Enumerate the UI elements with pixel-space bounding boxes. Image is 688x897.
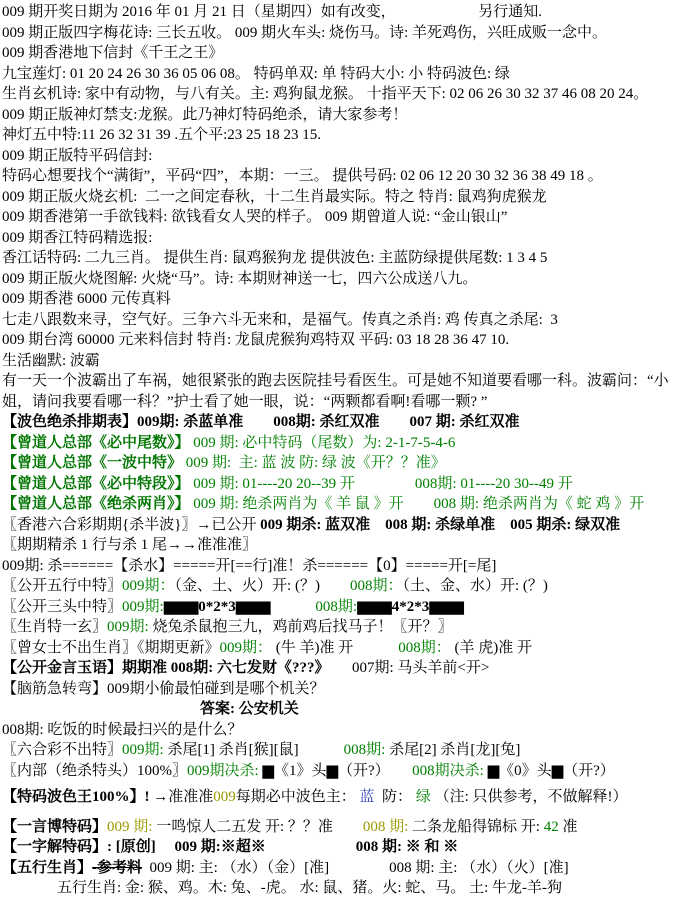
- text-segment: 防：: [375, 789, 416, 805]
- line-santou-zhongte: 〖公开三头中特〗009期:▆▆▆0*2*3▆▆▆ 008期:▆▆▆4*2*3▆▆…: [2, 597, 686, 618]
- text-segment: 【一言博特码】: [2, 819, 107, 835]
- line-chuanzhen-poem: 七走八跟数来寻，空气好。三争六斗无来和，是福气。传真之杀肖: 鸡 传真之杀尾: …: [2, 310, 686, 331]
- text-segment: 008期:: [315, 599, 357, 615]
- line-bose-juesha: 【波色绝杀排期表】009期: 杀蓝单准 008期: 杀红双准 007 期: 杀红…: [2, 412, 686, 433]
- text-segment: 生活幽默: 波霸: [2, 353, 100, 369]
- line-shendeng-wuzhongte: 神灯五中特:11 26 32 31 39 .五个平:23 25 18 23 15…: [2, 125, 686, 146]
- text-segment: (牛 羊)准 开: [272, 640, 398, 656]
- line-yizi-tema: 【一字解特码】: [原创] 009 期:※超※ 008 期: ※ 和 ※: [2, 837, 686, 858]
- text-segment: 008期:: [344, 742, 386, 758]
- line-naojin-question-008: 008期: 吃饭的时候最扫兴的是什么？: [2, 720, 686, 741]
- text-segment: 五行生肖: 金: 猴、鸡。木: 兔、-虎。 水: 鼠、猪。火: 蛇、马。 土: …: [57, 880, 562, 896]
- text-segment: 〖公开三头中特〗: [2, 599, 122, 615]
- text-segment: 009 期香港地下信封《千王之王》: [2, 45, 223, 61]
- text-segment: ▆▆▆4*2*3▆▆▆: [357, 599, 464, 615]
- text-segment: 【五行生肖】: [2, 860, 92, 876]
- text-segment: 绿: [416, 789, 431, 805]
- line-jinyan-yuyu: 【公开金言玉语】期期准 008期: 六七发财《???》 007期: 马头羊前<开…: [2, 658, 686, 679]
- text-segment: 姐，请问我要看哪一科？”护士看了她一眼，说：“两颗都看啊!看哪一颗? ”: [2, 394, 487, 410]
- text-segment: 香江话特码: 二九三肖。 提供生肖: 鼠鸡猴狗龙 提供波色: 主蓝防绿提供尾数:…: [2, 250, 547, 266]
- text-segment: 009 期: 主: （水）（金）[准] 008 期: 主: （水）（火）[准]: [142, 860, 569, 876]
- line-huoshao-xuanji: 009 期正版火烧玄机: 二一之间定春秋，十二生肖最实际。特之 特肖: 鼠鸡狗虎…: [2, 187, 686, 208]
- line-humor-title: 生活幽默: 波霸: [2, 351, 686, 372]
- text-segment: 009 期: 主: 蓝 波 防: 绿 波《开？？准》: [182, 455, 446, 471]
- text-segment: 【特码波色王100%】!: [2, 789, 150, 805]
- line-meihua-train: 009 期正版四字梅花诗: 三长五收。 009 期火车头: 烧伤马。诗: 羊死鸡…: [2, 23, 686, 44]
- line-yiyan-tema: 【一言博特码】009 期: 一鸣惊人二五发 开: ？？准 008 期: 二条龙船…: [2, 817, 686, 838]
- text-segment: 一鸣惊人二五发 开: ？？准: [152, 819, 362, 835]
- line-zengnvshi: 〖曾女士不出生肖〗《期期更新》009期： (牛 羊)准 开 008期： (羊 虎…: [2, 638, 686, 659]
- line-humor-body-1: 有一天一个波霸出了车祸，她很紧张的跑去医院挂号看医生。可是她不知道要看哪一科。波…: [2, 371, 686, 392]
- text-segment: 009 期: 绝杀两肖为《 羊 鼠 》开 008 期: 绝杀两肖为《 蛇 鸡 》…: [190, 496, 645, 512]
- line-shengxiao-teyixuan: 〖生肖特一玄〗009期: 烧兔杀鼠抱三九，鸡前鸡后找马子！〖开？〗: [2, 617, 686, 638]
- line-zengdaoren-weishu: 【曾道人总部《必中尾数》】 009 期: 必中特码（尾数）为: 2-1-7-5-…: [2, 433, 686, 454]
- text-segment: 有一天一个波霸出了车祸，她很紧张的跑去医院挂号看医生。可是她不知道要看哪一科。波…: [2, 373, 669, 389]
- text-segment: 生肖玄机诗: 家中有动物，与八有关。主: 鸡狗鼠龙猴。 十指平天下: 02 06…: [2, 86, 648, 102]
- text-segment: 【曾道人总部《一波中特》: [2, 455, 182, 471]
- text-segment: 009 期正版神灯禁支:龙猴。此乃神灯特码绝杀，请大家参考！: [2, 107, 407, 123]
- line-wuxing-zhongte: 〖公开五行中特〗009期：（金、土、火）开: (？) 008期：（土、金、水）开…: [2, 576, 686, 597]
- line-tepingma-envelope: 009 期正版特平码信封:: [2, 146, 686, 167]
- line-hk-6000: 009 期香港 6000 元传真料: [2, 289, 686, 310]
- text-segment: （土、金、水）开: (？): [402, 578, 547, 594]
- document-body: 009 期开奖日期为 2016 年 01 月 21 日（星期四）如有改变， 另行…: [0, 0, 688, 897]
- text-segment: 烧兔杀鼠抱三九，鸡前鸡后找马子！〖开？〗: [149, 619, 453, 635]
- line-naojin-answer: 答案: 公安机关: [200, 699, 686, 720]
- text-segment: -参考料: [92, 860, 142, 876]
- text-segment: 杀尾[1] 杀肖[猴][鼠]: [164, 742, 344, 758]
- text-segment: 蓝: [360, 789, 375, 805]
- text-segment: 【曾道人总部《必中尾数》】: [2, 435, 190, 451]
- text-segment: 〖期期精杀 1 行与杀 1 尾→→准准准〗: [2, 537, 257, 553]
- text-segment: ▆《1》头▆（开?）: [259, 763, 412, 779]
- text-segment: 009 期开奖日期为 2016 年 01 月 21 日（星期四）如有改变， 另行…: [2, 4, 542, 20]
- line-jingsha-detail: 009期: 杀======【杀水】=====开[==行]准！杀======【0】…: [2, 556, 686, 577]
- text-segment: 〖生肖特一玄〗: [2, 619, 107, 635]
- text-segment: 009 期香江特码精选报:: [2, 230, 152, 246]
- text-segment: 009 期台湾 60000 元来料信封 特肖: 龙鼠虎猴狗鸡特双 平码: 03 …: [2, 332, 509, 348]
- text-segment: 009 期:: [107, 819, 152, 835]
- text-segment: 009期：: [122, 578, 175, 594]
- text-segment: 009期: 杀======【杀水】=====开[==行]准！杀======【0】…: [2, 558, 496, 574]
- line-shendeng-jinzhi: 009 期正版神灯禁支:龙猴。此乃神灯特码绝杀，请大家参考！: [2, 105, 686, 126]
- text-segment: (羊 虎)准 开: [451, 640, 532, 656]
- line-tema-xinxiang: 特码心想要找个“满街”，平码“四”，本期：一三。 提供号码: 02 06 12 …: [2, 166, 686, 187]
- line-sha-banbo: 〖香港六合彩期期{杀半波}〗→已公开 009 期杀: 蓝双准 008 期: 杀绿…: [2, 515, 686, 536]
- text-segment: 〖六合彩不出特〗: [2, 742, 122, 758]
- text-segment: 准: [559, 819, 578, 835]
- text-segment: 42: [544, 819, 559, 835]
- line-taiwan-60000: 009 期台湾 60000 元来料信封 特肖: 龙鼠虎猴狗鸡特双 平码: 03 …: [2, 330, 686, 351]
- text-segment: 【公开金言玉语】期期准 008期: 六七发财《???》: [2, 660, 322, 676]
- line-yuqian-liao: 009 期香港第一手欲钱料: 欲钱看女人哭的样子。 009 期曾道人说: “金山…: [2, 207, 686, 228]
- text-segment: 009期:: [122, 599, 164, 615]
- text-segment: 007期: 马头羊前<开>: [322, 660, 489, 676]
- text-segment: 009 期正版火烧图解: 火烧“马”。诗: 本期财神送一七，四六公成送八九。: [2, 271, 477, 287]
- line-draw-date: 009 期开奖日期为 2016 年 01 月 21 日（星期四）如有改变， 另行…: [2, 2, 686, 23]
- line-xiangjiang-report: 009 期香江特码精选报:: [2, 228, 686, 249]
- text-segment: 009: [213, 789, 236, 805]
- line-zengdaoren-teduan: 【曾道人总部《必中特段》】 009 期: 01----20 20--39 开 0…: [2, 474, 686, 495]
- line-xiangjiang-tema: 香江话特码: 二九三肖。 提供生肖: 鼠鸡猴狗龙 提供波色: 主蓝防绿提供尾数:…: [2, 248, 686, 269]
- text-segment: 009 期正版特平码信封:: [2, 148, 152, 164]
- text-segment: 【波色绝杀排期表】009期: 杀蓝单准 008期: 杀红双准 007 期: 杀红…: [2, 414, 520, 430]
- text-segment: 009 期: 01----20 20--39 开 008期: 01----20 …: [190, 476, 573, 492]
- text-segment: 009 期: 必中特码（尾数）为: 2-1-7-5-4-6: [190, 435, 456, 451]
- line-juesha-tetou: 〖内部（绝杀特头）100%〗009期决杀: ▆《1》头▆（开?） 008期决杀:…: [2, 761, 686, 782]
- line-naojin-question: 【脑筋急转弯】009期小偷最怕碰到是哪个机关？: [2, 679, 686, 700]
- text-segment: →准准准: [150, 789, 214, 805]
- text-segment: 【曾道人总部《必中特段》】: [2, 476, 190, 492]
- text-segment: 009期:: [122, 742, 164, 758]
- text-segment: 【脑筋急转弯】009期小偷最怕碰到是哪个机关？: [2, 681, 325, 697]
- line-hk-envelope-title: 009 期香港地下信封《千王之王》: [2, 43, 686, 64]
- line-jingsha-title: 〖期期精杀 1 行与杀 1 尾→→准准准〗: [2, 535, 686, 556]
- line-shengxiao-xuanji: 生肖玄机诗: 家中有动物，与八有关。主: 鸡狗鼠龙猴。 十指平天下: 02 06…: [2, 84, 686, 105]
- line-jiubao-liandeng: 九宝莲灯: 01 20 24 26 30 36 05 06 08。 特码单双: …: [2, 64, 686, 85]
- text-segment: ▆▆▆0*2*3▆▆▆: [164, 599, 271, 615]
- text-segment: 009 期香港 6000 元传真料: [2, 291, 171, 307]
- text-segment: [270, 599, 315, 615]
- text-segment: 008 期:: [363, 819, 408, 835]
- line-huoshao-tujie: 009 期正版火烧图解: 火烧“马”。诗: 本期财神送一七，四六公成送八九。: [2, 269, 686, 290]
- text-segment: 每期必中波色主：: [236, 789, 360, 805]
- text-segment: 特码心想要找个“满街”，平码“四”，本期：一三。 提供号码: 02 06 12 …: [2, 168, 603, 184]
- text-segment: 答案: 公安机关: [200, 701, 299, 717]
- line-buchute: 〖六合彩不出特〗009期: 杀尾[1] 杀肖[猴][鼠] 008期: 杀尾[2]…: [2, 740, 686, 761]
- text-segment: （金、土、火）开: (？): [175, 578, 350, 594]
- text-segment: 七走八跟数来寻，空气好。三争六斗无来和，是福气。传真之杀肖: 鸡 传真之杀尾: …: [2, 312, 558, 328]
- text-segment: 〖内部（绝杀特头）100%〗: [2, 763, 187, 779]
- line-zengdaoren-liangxiao: 【曾道人总部《绝杀两肖》】 009 期: 绝杀两肖为《 羊 鼠 》开 008 期…: [2, 494, 686, 515]
- line-humor-body-2: 姐，请问我要看哪一科？”护士看了她一眼，说：“两颗都看啊!看哪一颗? ”: [2, 392, 686, 413]
- text-segment: 杀尾[2] 杀肖[龙][兔]: [385, 742, 520, 758]
- text-segment: （注: 只供参考，不做解释!）: [431, 789, 628, 805]
- text-segment: 神灯五中特:11 26 32 31 39 .五个平:23 25 18 23 15…: [2, 127, 321, 143]
- text-segment: 〖曾女士不出生肖〗《期期更新》: [2, 640, 220, 656]
- text-segment: 009期：: [220, 640, 273, 656]
- text-segment: 二条龙船得锦标 开:: [408, 819, 543, 835]
- text-segment: 〖公开五行中特〗: [2, 578, 122, 594]
- text-segment: 【曾道人总部《绝杀两肖》】: [2, 496, 190, 512]
- text-segment: ▆《0》头▆（开?）: [484, 763, 615, 779]
- text-segment: 008期: 吃饭的时候最扫兴的是什么？: [2, 722, 242, 738]
- text-segment: 【一字解特码】: [原创] 009 期:※超※ 008 期: ※ 和 ※: [2, 839, 458, 855]
- text-segment: 009 期正版火烧玄机: 二一之间定春秋，十二生肖最实际。特之 特肖: 鼠鸡狗虎…: [2, 189, 547, 205]
- line-wuxing-detail: 五行生肖: 金: 猴、鸡。木: 兔、-虎。 水: 鼠、猪。火: 蛇、马。 土: …: [57, 878, 686, 897]
- text-segment: 009 期香港第一手欲钱料: 欲钱看女人哭的样子。 009 期曾道人说: “金山…: [2, 209, 507, 225]
- text-segment: 九宝莲灯: 01 20 24 26 30 36 05 06 08。 特码单双: …: [2, 66, 510, 82]
- text-segment: 008期决杀:: [412, 763, 484, 779]
- text-segment: 008期：: [398, 640, 451, 656]
- line-zengdaoren-yibo: 【曾道人总部《一波中特》 009 期: 主: 蓝 波 防: 绿 波《开？？准》: [2, 453, 686, 474]
- text-segment: 009 期杀: 蓝双准 008 期: 杀绿单准 005 期杀: 绿双准: [260, 517, 620, 533]
- line-wuxing-shengxiao: 【五行生肖】-参考料 009 期: 主: （水）（金）[准] 008 期: 主:…: [2, 858, 686, 879]
- text-segment: 〖香港六合彩期期{杀半波}〗→已公开: [2, 517, 260, 533]
- line-bose-wang: 【特码波色王100%】! →准准准009每期必中波色主： 蓝 防： 绿 （注: …: [2, 787, 686, 808]
- text-segment: 009期:: [107, 619, 149, 635]
- text-segment: 008期：: [350, 578, 403, 594]
- text-segment: 009 期正版四字梅花诗: 三长五收。 009 期火车头: 烧伤马。诗: 羊死鸡…: [2, 25, 607, 41]
- text-segment: 009期决杀:: [187, 763, 259, 779]
